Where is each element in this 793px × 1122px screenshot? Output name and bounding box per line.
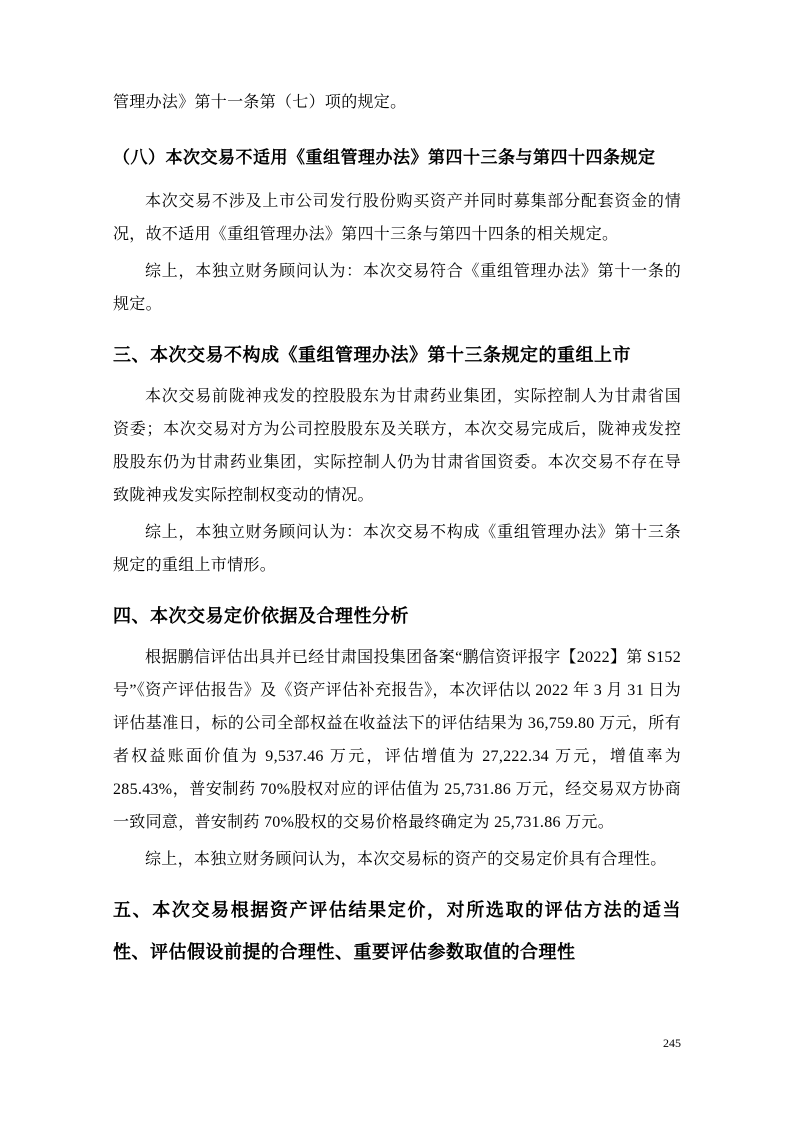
page-number: 245	[663, 1036, 681, 1051]
main-heading-section-4: 四、本次交易定价依据及合理性分析	[113, 595, 681, 637]
paragraph: 本次交易前陇神戎发的控股股东为甘肃药业集团，实际控制人为甘肃省国资委；本次交易对…	[113, 380, 681, 512]
main-heading-section-5: 五、本次交易根据资产评估结果定价，对所选取的评估方法的适当性、评估假设前提的合理…	[113, 889, 681, 973]
paragraph: 本次交易不涉及上市公司发行股份购买资产并同时募集部分配套资金的情况，故不适用《重…	[113, 185, 681, 251]
paragraph-continuation: 管理办法》第十一条第（七）项的规定。	[113, 86, 681, 119]
sub-heading-article-8: （八）本次交易不适用《重组管理办法》第四十三条与第四十四条规定	[113, 135, 681, 181]
paragraph-conclusion: 综上，本独立财务顾问认为，本次交易标的资产的交易定价具有合理性。	[113, 843, 681, 876]
document-page: 管理办法》第十一条第（七）项的规定。 （八）本次交易不适用《重组管理办法》第四十…	[0, 0, 793, 1122]
main-heading-section-3: 三、本次交易不构成《重组管理办法》第十三条规定的重组上市	[113, 334, 681, 376]
paragraph-valuation-details: 根据鹏信评估出具并已经甘肃国投集团备案“鹏信资评报字【2022】第 S152 号…	[113, 641, 681, 839]
paragraph-conclusion: 综上，本独立财务顾问认为：本次交易符合《重组管理办法》第十一条的规定。	[113, 255, 681, 321]
paragraph-conclusion: 综上，本独立财务顾问认为：本次交易不构成《重组管理办法》第十三条规定的重组上市情…	[113, 516, 681, 582]
